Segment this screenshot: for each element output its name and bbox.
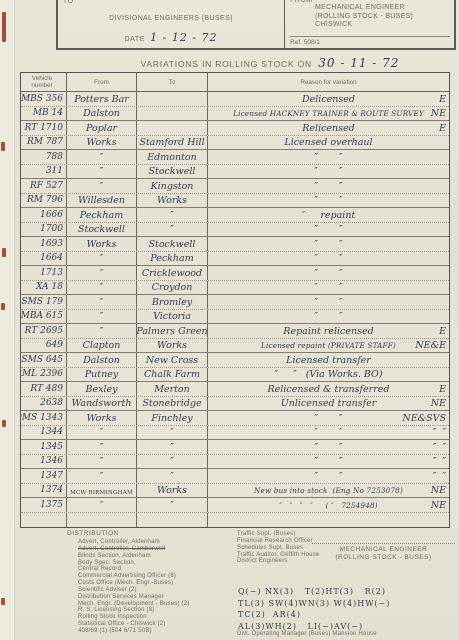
- cell-vehicle-text: 1713: [40, 268, 63, 279]
- cell-from: Peckham: [67, 208, 137, 222]
- cell-reason-text: ″ ″: [314, 282, 342, 293]
- signature-dotted-line: [312, 543, 455, 544]
- table-row: 2638WandsworthStonebridgeUnlicensed tran…: [21, 397, 449, 412]
- header-from-cell: FROM MECHANICAL ENGINEER(ROLLING STOCK -…: [285, 0, 454, 48]
- cell-vehicle: 311: [21, 165, 67, 179]
- cell-from: Bexley: [67, 382, 137, 396]
- distribution-item: Schedules Supt. Buses: [237, 545, 319, 552]
- cell-reason-text: ″ ″: [314, 253, 342, 264]
- cell-reason-text: ″ ″: [314, 224, 342, 235]
- table-row: RML 2396PutneyChalk Farm″ ″ (Via Works. …: [21, 368, 449, 383]
- distribution-item: Central Record: [78, 566, 189, 573]
- cell-to: ″: [137, 426, 208, 440]
- cell-from-text: ″: [100, 427, 104, 438]
- cell-vehicle: 649: [21, 339, 67, 353]
- cell-vehicle-text: MBA 615: [21, 311, 63, 322]
- cell-reason-text: ″ ″ (Via Works. BO): [274, 369, 382, 380]
- cell-status-code: NE: [431, 398, 446, 409]
- distribution-item: Advert, Controller, Camberwell: [78, 546, 189, 553]
- cell-from: Willesden: [67, 194, 137, 208]
- cell-to: Croydon: [137, 281, 208, 295]
- cell-to: Palmers Green: [137, 324, 208, 338]
- distribution-item: Commercial Advertising Officer (6): [78, 573, 189, 580]
- cell-reason: ″ ″: [208, 223, 449, 237]
- cell-reason-text: Delicensed: [302, 94, 355, 105]
- cell-to-text: Palmers Green: [137, 326, 208, 337]
- cell-to-text: ″: [170, 456, 174, 467]
- cell-to: Bromley: [137, 295, 208, 309]
- cell-vehicle: MBS 356: [21, 92, 67, 106]
- cell-status-code: E: [439, 326, 446, 337]
- distribution-item: District Engineers: [237, 558, 319, 565]
- cell-to-text: ″: [170, 224, 174, 235]
- cell-to: [137, 513, 208, 528]
- signature-block: MECHANICAL ENGINEER (ROLLING STOCK - BUS…: [312, 543, 455, 562]
- cell-vehicle-text: 1374: [40, 485, 63, 496]
- cell-from-text: ″: [100, 282, 104, 293]
- distribution-list-right: Traffic Supt. (Buses)Financial Research …: [237, 531, 319, 565]
- cell-from-text: ″: [100, 456, 104, 467]
- cell-to: [137, 92, 208, 106]
- cell-from: ″: [67, 310, 137, 324]
- cell-reason-text: Repaint relicensed: [283, 326, 373, 337]
- cell-reason: Licensed HACKNEY TRAINER & ROUTE SURVEYN…: [208, 107, 449, 121]
- col-header-vehicle: Vehicle number: [21, 73, 67, 91]
- distribution-footer: Divl. Operating Manager (Buses) Mansion …: [237, 631, 377, 637]
- cell-from-text: Poplar: [86, 123, 117, 134]
- cell-reason: Licensed transfer: [208, 353, 449, 367]
- cell-from: Works: [67, 136, 137, 150]
- cell-reason: ″ ″″ ″: [208, 440, 449, 454]
- red-edge-mark: [2, 12, 6, 42]
- cell-status-code: NE: [431, 485, 446, 496]
- distribution-item: Traffic Auditor, Griffith House: [237, 552, 319, 559]
- cell-vehicle-text: 1664: [40, 253, 63, 264]
- cell-from-text: ″: [100, 471, 104, 482]
- cell-from-text: ″: [100, 253, 104, 264]
- cell-to-text: Croydon: [152, 282, 193, 293]
- cell-vehicle-text: 1666: [40, 210, 63, 221]
- distribution-item: Blinds Section, Aldenham: [78, 553, 189, 560]
- cell-vehicle-text: XA 18: [36, 282, 63, 293]
- cell-to: Peckham: [137, 252, 208, 266]
- date-value-handwritten: 1 - 12 - 72: [150, 31, 217, 44]
- cell-reason-text: ″ ″: [314, 239, 342, 250]
- cell-to: Stonebridge: [137, 397, 208, 411]
- cell-to: Stockwell: [137, 165, 208, 179]
- cell-to-text: Works: [157, 340, 187, 351]
- date-line: DATE 1 - 12 - 72: [58, 31, 284, 44]
- cell-from-text: Works: [86, 137, 116, 148]
- cell-to: ″: [137, 498, 208, 512]
- table-row: RM 787WorksStamford HillLicensed overhau…: [21, 136, 449, 151]
- cell-from: Dalston: [67, 107, 137, 121]
- distribution-item: Traffic Supt. (Buses): [237, 531, 319, 538]
- cell-from: ″: [67, 150, 137, 164]
- cell-from-text: Peckham: [80, 210, 123, 221]
- cell-from-text: ″: [100, 166, 104, 177]
- cell-vehicle: 1345: [21, 440, 67, 454]
- recipient: DIVISIONAL ENGINEERS (BUSES): [58, 15, 284, 22]
- cell-vehicle: RM 796: [21, 194, 67, 208]
- table-row: 1713″Cricklewood″ ″: [21, 266, 449, 281]
- cell-vehicle-text: SMS 645: [21, 355, 63, 366]
- cell-from: ″: [67, 469, 137, 483]
- cell-reason-text: ″ ″ ″ ″ ( ″ 7254948): [279, 500, 378, 511]
- cell-reason: Relicensed & transferredE: [208, 382, 449, 396]
- table-row: 1664″Peckham″ ″: [21, 252, 449, 267]
- cell-from-text: Potters Bar: [74, 94, 129, 105]
- cell-to-text: Finchley: [151, 413, 192, 424]
- cell-reason: ″ ″″ ″: [208, 469, 449, 483]
- cell-reason: ″ ″: [208, 150, 449, 164]
- cell-from-text: Willesden: [78, 195, 125, 206]
- cell-vehicle: 1347: [21, 469, 67, 483]
- cell-vehicle: 1700: [21, 223, 67, 237]
- distribution-item: R. S. Licensing Section (8): [78, 607, 189, 614]
- cell-to: ″: [137, 455, 208, 469]
- cell-reason: ″ ″: [208, 281, 449, 295]
- cell-vehicle-text: RF 527: [30, 181, 63, 192]
- cell-vehicle: 1344: [21, 426, 67, 440]
- cell-status-code: ″ ″: [433, 427, 446, 438]
- cell-to: Merton: [137, 382, 208, 396]
- cell-vehicle-text: RT 489: [30, 384, 63, 395]
- cell-reason-text: ″ ″: [314, 195, 342, 206]
- cell-to-text: ″: [170, 442, 174, 453]
- cell-vehicle-text: 1346: [40, 456, 63, 467]
- cell-from: ″: [67, 455, 137, 469]
- cell-reason: ″ ″ (Via Works. BO): [208, 368, 449, 382]
- cell-vehicle-text: 788: [46, 152, 63, 163]
- title-date-handwritten: 30 - 11 - 72: [318, 56, 399, 70]
- cell-to-text: ″: [170, 427, 174, 438]
- cell-reason-text: ″ ″: [314, 427, 342, 438]
- cell-reason: Licensed repaint (PRIVATE STAFF)NE&E: [208, 339, 449, 353]
- cell-reason-text: ″ ″: [314, 471, 342, 482]
- table-row: 649ClaptonWorksLicensed repaint (PRIVATE…: [21, 339, 449, 354]
- cell-to-text: Works: [157, 195, 187, 206]
- cell-reason: ″ ″: [208, 179, 449, 193]
- cell-vehicle-text: SMS 179: [21, 297, 63, 308]
- cell-to-text: Works: [157, 485, 187, 496]
- cell-to: Works: [137, 194, 208, 208]
- cell-vehicle-text: 1345: [40, 442, 63, 453]
- distribution-item: Distribution Services Manager: [78, 594, 189, 601]
- cell-status-code: NE&SVS: [402, 413, 446, 424]
- from-label: FROM: [290, 0, 313, 4]
- header-to-cell: TO DIVISIONAL ENGINEERS (BUSES) DATE 1 -…: [58, 0, 285, 48]
- from-address-line: (ROLLING STOCK - BUSES): [315, 13, 413, 22]
- from-address: MECHANICAL ENGINEER(ROLLING STOCK - BUSE…: [315, 4, 413, 30]
- allocation-code-line: Q(−) NX(3) T(2)HT(3) R(2): [238, 586, 390, 598]
- table-row: 1345″″″ ″″ ″: [21, 440, 449, 455]
- cell-status-code: ″ ″: [433, 456, 446, 467]
- cell-reason: ″ ″: [208, 266, 449, 280]
- cell-to-text: Peckham: [150, 253, 193, 264]
- variations-table: Vehicle number From To Reason for variat…: [20, 72, 450, 528]
- cell-to: ″: [137, 223, 208, 237]
- cell-reason: Repaint relicensedE: [208, 324, 449, 338]
- table-row: [21, 513, 449, 528]
- cell-reason: ″ ″: [208, 252, 449, 266]
- cell-to: [137, 121, 208, 135]
- cell-from-text: ″: [100, 442, 104, 453]
- cell-vehicle: 1664: [21, 252, 67, 266]
- cell-vehicle-text: 1375: [40, 500, 63, 511]
- cell-vehicle: 1375: [21, 498, 67, 512]
- table-row: RF 527″Kingston″ ″: [21, 179, 449, 194]
- cell-to: Kingston: [137, 179, 208, 193]
- cell-reason: Licensed overhaul: [208, 136, 449, 150]
- cell-reason: ″ ″: [208, 165, 449, 179]
- cell-reason: ″ ″: [208, 237, 449, 251]
- table-body: MBS 356Potters BarDelicensedEMB 14Dalsto…: [21, 92, 449, 527]
- table-row: 1693WorksStockwell″ ″: [21, 237, 449, 252]
- cell-vehicle: [21, 513, 67, 528]
- cell-from: Stockwell: [67, 223, 137, 237]
- cell-to-text: Stockwell: [149, 239, 196, 250]
- cell-from: ″: [67, 440, 137, 454]
- cell-to: Stamford Hill: [137, 136, 208, 150]
- cell-to-text: Edmonton: [147, 152, 197, 163]
- red-edge-mark: [2, 420, 6, 427]
- table-row: RT 489BexleyMertonRelicensed & transferr…: [21, 382, 449, 397]
- cell-from: [67, 513, 137, 528]
- cell-reason-text: ″ ″: [314, 268, 342, 279]
- cell-to-text: Stonebridge: [142, 398, 201, 409]
- cell-from: Clapton: [67, 339, 137, 353]
- cell-from: Wandsworth: [67, 397, 137, 411]
- table-row: RM 796WillesdenWorks″ ″: [21, 194, 449, 209]
- cell-vehicle: 2638: [21, 397, 67, 411]
- cell-status-code: NE: [431, 500, 446, 511]
- cell-to: Works: [137, 339, 208, 353]
- from-address-line: MECHANICAL ENGINEER: [315, 4, 413, 13]
- cell-from-text: ″: [100, 500, 104, 511]
- table-row: 1374MCW BIRMINGHAMWorksNew bus into stoc…: [21, 484, 449, 499]
- cell-vehicle-text: RM 796: [27, 195, 63, 206]
- cell-status-code: ″ ″: [433, 442, 446, 453]
- signature-title-line1: MECHANICAL ENGINEER: [312, 546, 455, 554]
- cell-to: Edmonton: [137, 150, 208, 164]
- cell-to: New Cross: [137, 353, 208, 367]
- cell-reason: DelicensedE: [208, 92, 449, 106]
- cell-from-text: Bexley: [86, 384, 118, 395]
- table-row: MBA 615″Victoria″ ″: [21, 310, 449, 325]
- cell-from-text: Wandsworth: [71, 398, 131, 409]
- cell-vehicle-text: 649: [46, 340, 63, 351]
- cell-from-text: Dalston: [83, 355, 120, 366]
- cell-vehicle-text: RT 1710: [25, 123, 63, 134]
- red-edge-mark: [2, 248, 6, 257]
- cell-to-text: Stockwell: [149, 166, 196, 177]
- distribution-title: DISTRIBUTION: [67, 530, 119, 537]
- from-address-line: CHISWICK: [315, 21, 413, 30]
- garage-allocation-codes: Q(−) NX(3) T(2)HT(3) R(2)TL(3) SW(4)WN(3…: [238, 586, 390, 632]
- distribution-list-left: Advert, Controller, AldenhamAdvert, Cont…: [78, 539, 189, 635]
- col-header-from: From: [67, 73, 137, 91]
- cell-vehicle-text: MBS 356: [21, 94, 63, 105]
- cell-from: Putney: [67, 368, 137, 382]
- cell-reason-text: ″ ″: [314, 166, 342, 177]
- table-row: MB 14DalstonLicensed HACKNEY TRAINER & R…: [21, 107, 449, 122]
- cell-to-text: Chalk Farm: [144, 369, 200, 380]
- distribution-item: Scientific Adviser (2): [78, 587, 189, 594]
- table-row: 788″Edmonton″ ″: [21, 150, 449, 165]
- cell-to: Victoria: [137, 310, 208, 324]
- cell-vehicle: RT 489: [21, 382, 67, 396]
- cell-to: Stockwell: [137, 237, 208, 251]
- cell-from: Works: [67, 411, 137, 425]
- cell-to-text: New Cross: [146, 355, 198, 366]
- cell-vehicle-text: 1344: [40, 427, 63, 438]
- cell-vehicle: RML 2396: [21, 368, 67, 382]
- cell-from: Dalston: [67, 353, 137, 367]
- cell-vehicle-text: RM 787: [27, 137, 63, 148]
- col-header-to: To: [137, 73, 208, 91]
- cell-from-text: Stockwell: [78, 224, 125, 235]
- cell-vehicle: RM 787: [21, 136, 67, 150]
- col-header-reason: Reason for variation: [208, 73, 449, 91]
- cell-from-text: ″: [100, 311, 104, 322]
- cell-reason: ″ ″: [208, 310, 449, 324]
- table-row: SMS 645DalstonNew CrossLicensed transfer: [21, 353, 449, 368]
- cell-to-text: Merton: [154, 384, 190, 395]
- cell-vehicle: 1346: [21, 455, 67, 469]
- cell-reason-text: Licensed overhaul: [284, 137, 372, 148]
- cell-to-text: ″: [170, 471, 174, 482]
- table-row: 1375″″″ ″ ″ ″ ( ″ 7254948)NE: [21, 498, 449, 513]
- cell-reason-text: ″ ″: [314, 297, 342, 308]
- cell-reason: ″ ″ ″ ″ ( ″ 7254948)NE: [208, 498, 449, 512]
- red-edge-mark: [1, 598, 5, 605]
- cell-from: ″: [67, 266, 137, 280]
- cell-vehicle: SMS 645: [21, 353, 67, 367]
- cell-to: Finchley: [137, 411, 208, 425]
- cell-vehicle: 1713: [21, 266, 67, 280]
- table-row: 1344″″″ ″″ ″: [21, 426, 449, 441]
- cell-reason-text: ″ ″: [314, 311, 342, 322]
- date-label: DATE: [124, 36, 145, 43]
- cell-to-text: Kingston: [151, 181, 194, 192]
- cell-vehicle: 1374: [21, 484, 67, 498]
- cell-from-text: Works: [86, 413, 116, 424]
- cell-from: Poplar: [67, 121, 137, 135]
- table-header-row: Vehicle number From To Reason for variat…: [21, 73, 449, 92]
- distribution-item: Rolling Stock Inspection: [78, 614, 189, 621]
- cell-reason-text: ″ ″: [314, 413, 342, 424]
- cell-to: [137, 107, 208, 121]
- cell-reason-text: ″ ″: [314, 442, 342, 453]
- cell-status-code: E: [439, 384, 446, 395]
- cell-vehicle-text: DMS 1343: [21, 413, 63, 424]
- title-printed: VARIATIONS IN ROLLING STOCK ON: [141, 59, 312, 69]
- table-row: XA 18″Croydon″ ″: [21, 281, 449, 296]
- cell-vehicle-text: 1693: [40, 239, 63, 250]
- distribution-item: Mech. Engr. (Development - Buses) (2): [78, 601, 189, 608]
- cell-reason: ″ ″: [208, 194, 449, 208]
- cell-reason: ″ ″″ ″: [208, 426, 449, 440]
- signature-title-line2: (ROLLING STOCK - BUSES): [312, 554, 455, 562]
- red-edge-mark: [1, 142, 5, 151]
- cell-status-code: E: [439, 123, 446, 134]
- document-page: TO DIVISIONAL ENGINEERS (BUSES) DATE 1 -…: [0, 0, 459, 640]
- cell-from: ″: [67, 498, 137, 512]
- distribution-item: 408/69 (1) (504 6/71 50B): [78, 628, 189, 635]
- cell-to: Chalk Farm: [137, 368, 208, 382]
- cell-to: Works: [137, 484, 208, 498]
- allocation-code-line: TL(3) SW(4)WN(3) W(4)HW(−): [238, 598, 390, 610]
- cell-to: Cricklewood: [137, 266, 208, 280]
- cell-vehicle: MBA 615: [21, 310, 67, 324]
- cell-reason: ″ ″: [208, 295, 449, 309]
- cell-vehicle: RF 527: [21, 179, 67, 193]
- cell-from-text: Works: [86, 239, 116, 250]
- cell-reason: ″ repaint: [208, 208, 449, 222]
- cell-reason-text: ″ ″: [314, 152, 342, 163]
- cell-status-code: E: [439, 94, 446, 105]
- cell-reason-text: Relicensed & transferred: [268, 384, 390, 395]
- table-row: 311″Stockwell″ ″: [21, 165, 449, 180]
- cell-vehicle-text: RT 2695: [25, 326, 63, 337]
- cell-vehicle: SMS 179: [21, 295, 67, 309]
- cell-vehicle-text: 2638: [40, 398, 63, 409]
- cell-status-code: NE: [431, 108, 446, 119]
- cell-reason-text: Licensed HACKNEY TRAINER & ROUTE SURVEY: [233, 108, 424, 119]
- distribution-item: Advert, Controller, Aldenham: [78, 539, 189, 546]
- cell-to-text: ″: [170, 500, 174, 511]
- page-edge: [0, 0, 15, 640]
- cell-from: ″: [67, 295, 137, 309]
- red-edge-mark: [1, 303, 5, 310]
- distribution-item: Financial Research Officer: [237, 538, 319, 545]
- document-title: VARIATIONS IN ROLLING STOCK ON 30 - 11 -…: [90, 56, 450, 70]
- cell-to-text: Bromley: [152, 297, 192, 308]
- cell-vehicle-text: MB 14: [33, 108, 63, 119]
- cell-to-text: Stamford Hill: [139, 137, 204, 148]
- cell-vehicle: MB 14: [21, 107, 67, 121]
- cell-from-text: Clapton: [83, 340, 121, 351]
- cell-from: MCW BIRMINGHAM: [67, 484, 137, 498]
- ref-number: Ref. 508/1: [290, 36, 450, 46]
- table-row: DMS 1343WorksFinchley″ ″NE&SVS: [21, 411, 449, 426]
- allocation-code-line: TC(2) AR(4): [238, 609, 390, 621]
- cell-to-text: Victoria: [153, 311, 191, 322]
- cell-status-code: NE&E: [415, 340, 446, 351]
- cell-reason-text: Licensed repaint (PRIVATE STAFF): [261, 340, 396, 351]
- cell-reason-text: Unlicensed transfer: [281, 398, 377, 409]
- cell-from: Works: [67, 237, 137, 251]
- table-row: RT 1710PoplarRelicensedE: [21, 121, 449, 136]
- table-row: RT 2695″Palmers GreenRepaint relicensedE: [21, 324, 449, 339]
- cell-vehicle: 1666: [21, 208, 67, 222]
- to-label: TO: [63, 0, 74, 5]
- cell-vehicle: 1693: [21, 237, 67, 251]
- header-box: TO DIVISIONAL ENGINEERS (BUSES) DATE 1 -…: [56, 0, 456, 50]
- cell-reason: [208, 513, 449, 528]
- cell-vehicle-text: 1700: [40, 224, 63, 235]
- distribution-item: Statistical Office - Chiswick (2): [78, 621, 189, 628]
- cell-from: ″: [67, 179, 137, 193]
- cell-to: ″: [137, 440, 208, 454]
- cell-reason: Unlicensed transferNE: [208, 397, 449, 411]
- cell-from: ″: [67, 165, 137, 179]
- cell-from: Potters Bar: [67, 92, 137, 106]
- cell-vehicle: RT 2695: [21, 324, 67, 338]
- cell-from-text: ″: [100, 326, 104, 337]
- cell-from: ″: [67, 281, 137, 295]
